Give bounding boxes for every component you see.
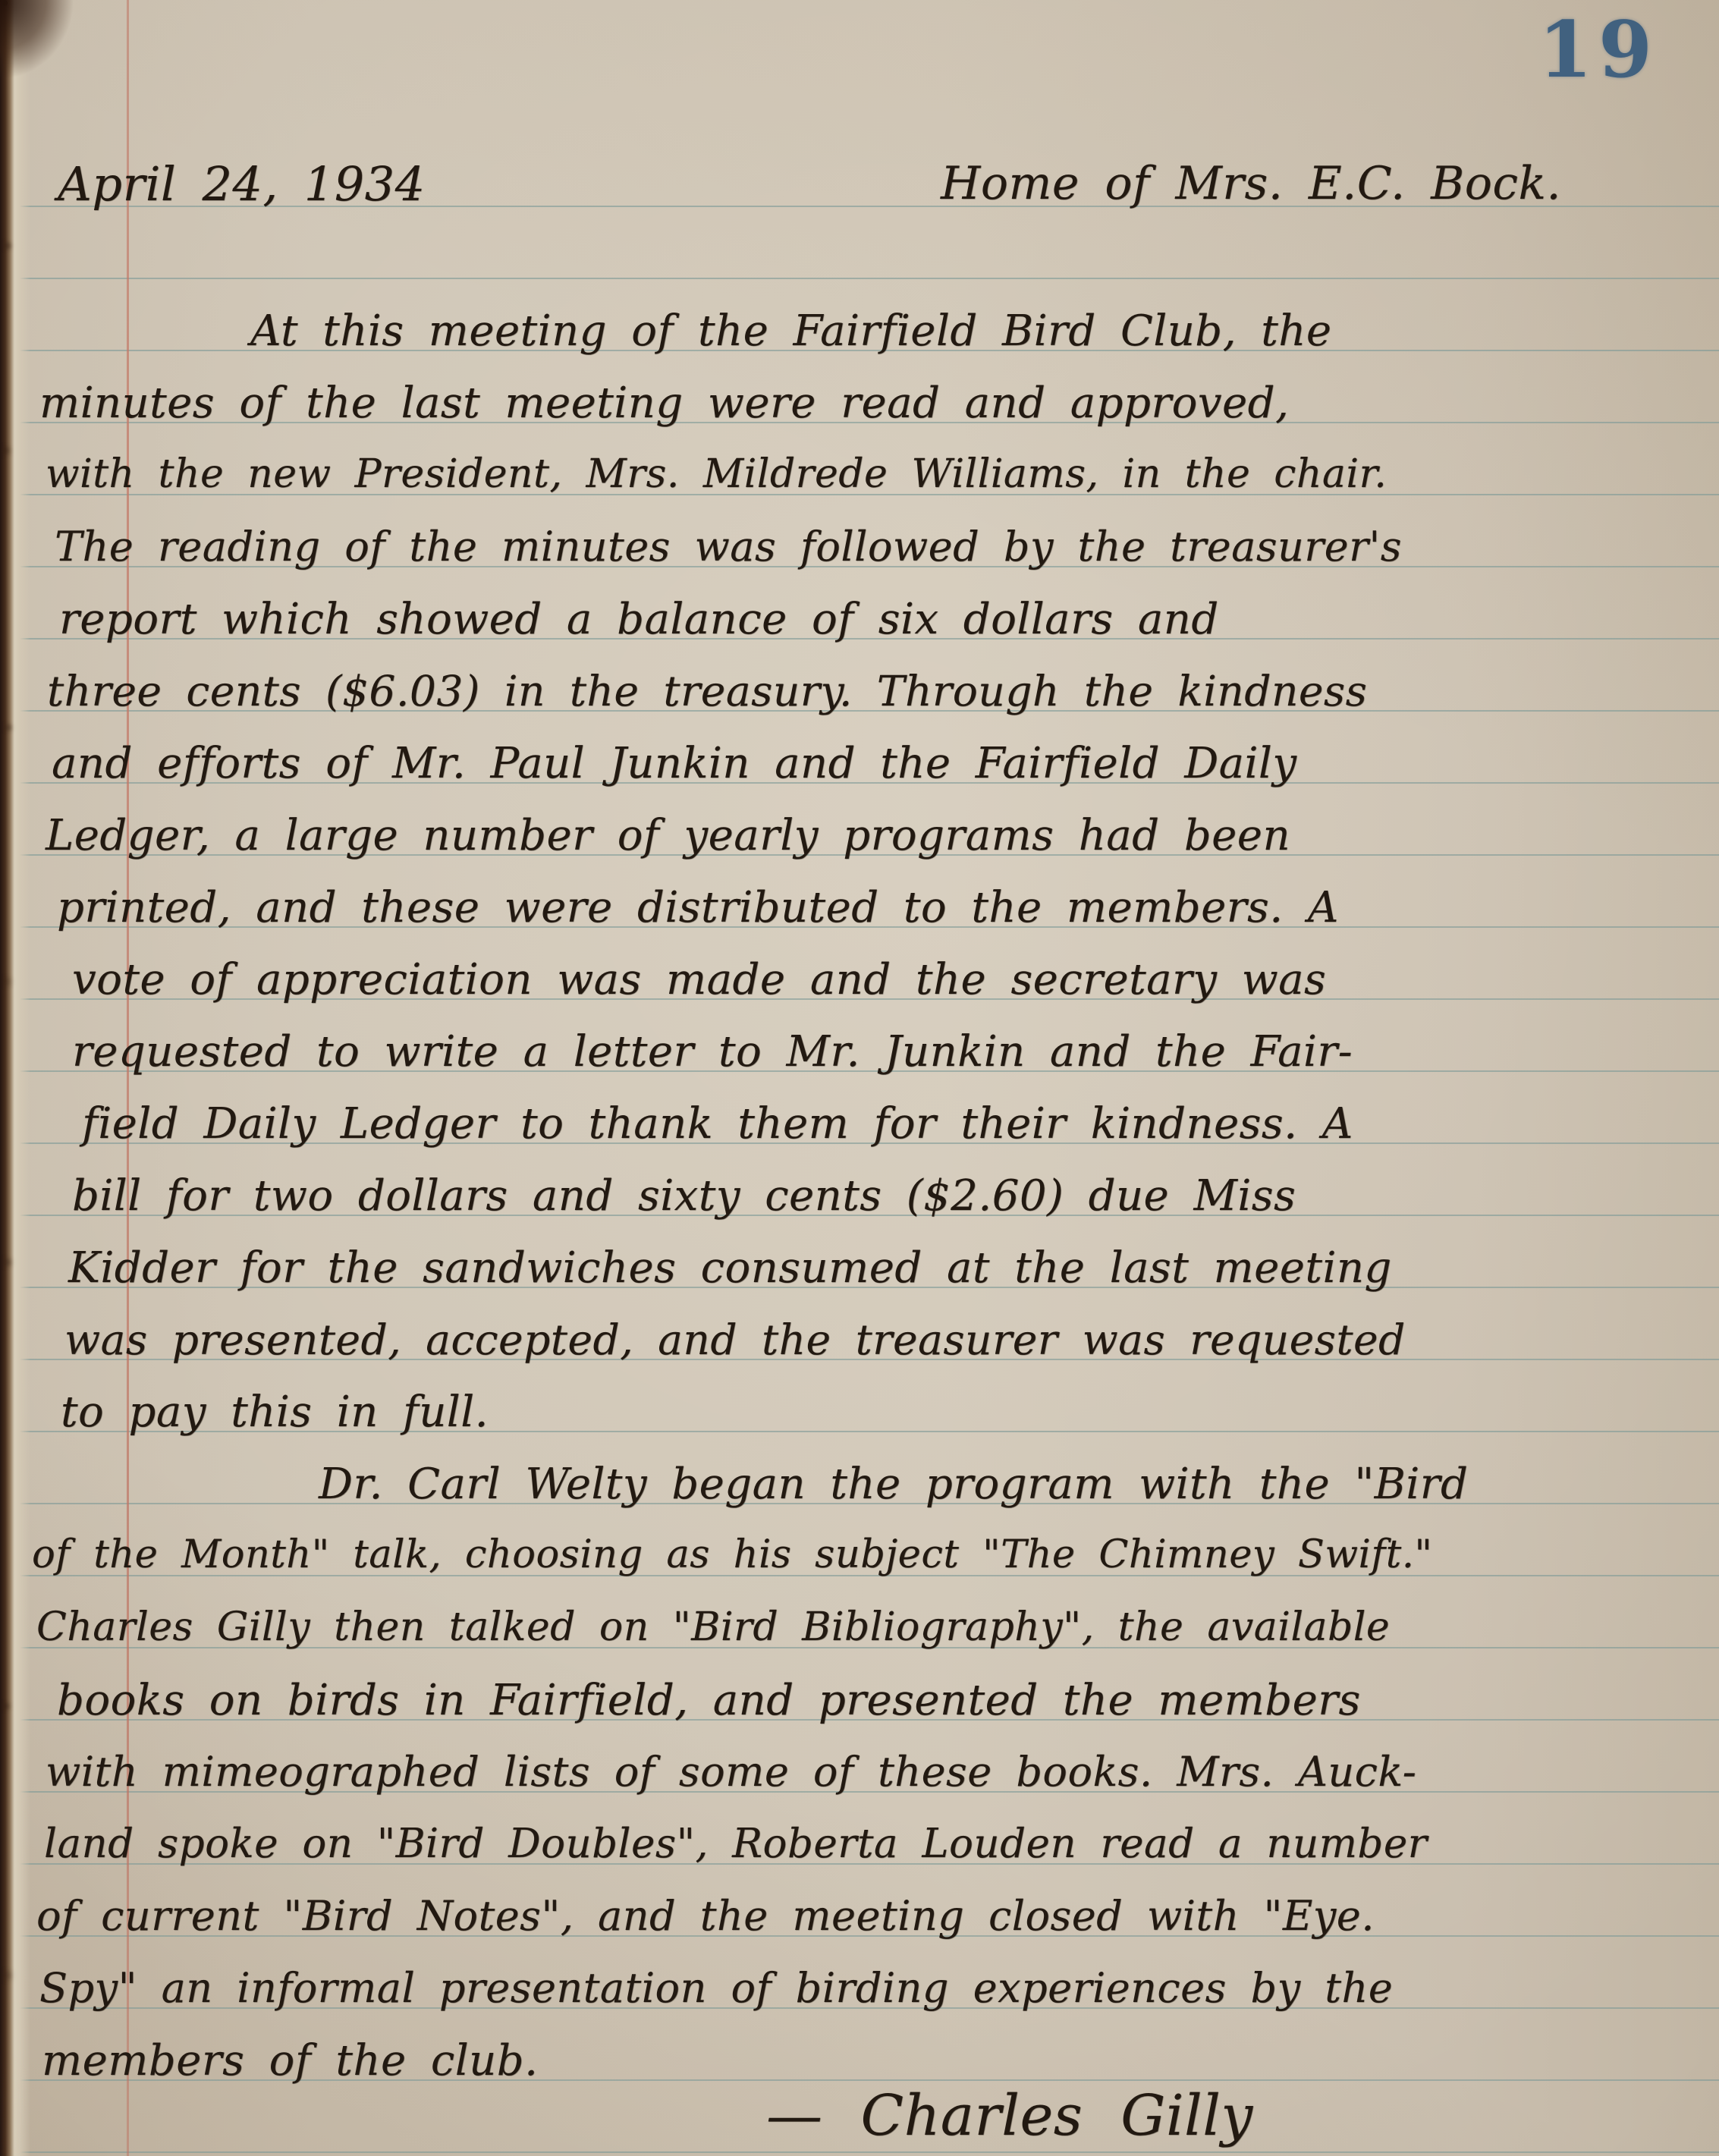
handwritten-line: Ledger, a large number of yearly program… xyxy=(46,815,1290,857)
handwritten-line: Kidder for the sandwiches consumed at th… xyxy=(68,1247,1392,1290)
handwritten-line: The reading of the minutes was followed … xyxy=(55,526,1402,567)
handwritten-line: Spy" an informal presentation of birding… xyxy=(39,1968,1393,2009)
meeting-location: Home of Mrs. E.C. Bock. xyxy=(941,161,1561,206)
handwritten-line: vote of appreciation was made and the se… xyxy=(72,959,1326,1001)
handwritten-line: of the Month" talk, choosing as his subj… xyxy=(32,1535,1432,1574)
handwritten-line: report which showed a balance of six dol… xyxy=(59,599,1219,641)
handwritten-line: requested to write a letter to Mr. Junki… xyxy=(72,1031,1353,1073)
handwritten-line: with mimeographed lists of some of these… xyxy=(46,1752,1416,1793)
entry-date: April 24, 1934 xyxy=(58,161,426,208)
handwritten-line: and efforts of Mr. Paul Junkin and the F… xyxy=(52,743,1296,785)
binding-edge xyxy=(0,0,30,2156)
page-number-stamp: 19 xyxy=(1538,5,1658,96)
handwritten-line: Charles Gilly then talked on "Bird Bibli… xyxy=(36,1608,1390,1647)
handwritten-line: with the new President, Mrs. Mildrede Wi… xyxy=(46,454,1387,494)
handwritten-line: was presented, accepted, and the treasur… xyxy=(64,1319,1406,1361)
secretary-signature: — Charles Gilly xyxy=(766,2088,1253,2144)
handwritten-line: Dr. Carl Welty began the program with th… xyxy=(319,1463,1468,1506)
handwritten-line: land spoke on "Bird Doubles", Roberta Lo… xyxy=(44,1824,1428,1864)
handwritten-line: At this meeting of the Fairfield Bird Cl… xyxy=(250,310,1331,353)
handwritten-line: books on birds in Fairfield, and present… xyxy=(57,1680,1361,1722)
binding-edge-marks xyxy=(2,0,8,6)
handwritten-line: members of the club. xyxy=(42,2040,538,2082)
handwritten-line: minutes of the last meeting were read an… xyxy=(39,382,1289,425)
ledger-page: 19 April 24, 1934 Home of Mrs. E.C. Bock… xyxy=(0,0,1719,2156)
handwritten-line: to pay this in full. xyxy=(61,1391,489,1434)
handwritten-line: bill for two dollars and sixty cents ($2… xyxy=(72,1175,1296,1218)
handwritten-line: three cents ($6.03) in the treasury. Thr… xyxy=(47,671,1367,712)
handwritten-line: printed, and these were distributed to t… xyxy=(57,887,1339,929)
handwritten-line: field Daily Ledger to thank them for the… xyxy=(82,1103,1353,1146)
handwritten-line: of current "Bird Notes", and the meeting… xyxy=(36,1896,1375,1937)
